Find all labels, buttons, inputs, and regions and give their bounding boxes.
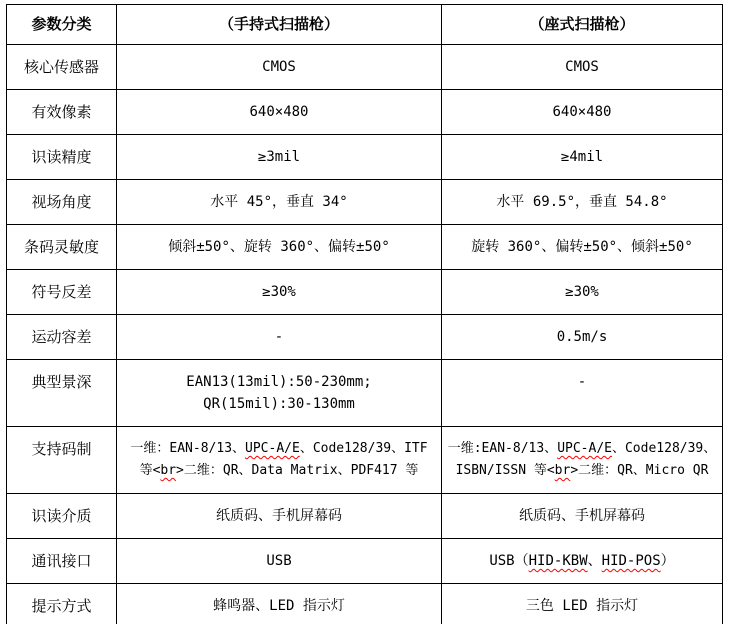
handheld-value-motion: -: [117, 315, 442, 360]
desktop-value-pixels: 640×480: [442, 90, 723, 135]
table-row-motion: 运动容差-0.5m/s: [7, 315, 723, 360]
spellcheck-underline: HID-POS: [602, 553, 661, 569]
handheld-value-sensor: CMOS: [117, 45, 442, 90]
header-cell-param: 参数分类: [7, 5, 117, 45]
cell-text: >二维：QR、Data Matrix、PDF417 等: [176, 463, 418, 478]
cell-line: ISBN/ISSN 等<br>二维：QR、Micro QR: [446, 460, 718, 482]
desktop-value-motion: 0.5m/s: [442, 315, 723, 360]
cell-text: QR(15mil):30-130mm: [203, 396, 355, 412]
param-label-indicator: 提示方式: [7, 584, 117, 624]
desktop-value-contrast: ≥30%: [442, 270, 723, 315]
desktop-value-precision: ≥4mil: [442, 135, 723, 180]
spellcheck-underline: br: [160, 463, 176, 478]
table-row-indicator: 提示方式蜂鸣器、LED 指示灯三色 LED 指示灯: [7, 584, 723, 624]
spellcheck-underline: HID-KBW: [529, 553, 588, 569]
header-cell-handheld: （手持式扫描枪）: [117, 5, 442, 45]
header-row: 参数分类 （手持式扫描枪） （座式扫描枪）: [7, 5, 723, 45]
param-label-fov: 视场角度: [7, 180, 117, 225]
desktop-value-symbologies: 一维:EAN-8/13、UPC-A/E、Code128/39、ISBN/ISSN…: [442, 427, 723, 494]
param-label-interface: 通讯接口: [7, 539, 117, 584]
spellcheck-underline: UPC-A/E: [557, 441, 612, 456]
param-label-media: 识读介质: [7, 494, 117, 539]
cell-text: USB（: [489, 553, 528, 569]
cell-text: 一维:EAN-8/13、: [448, 441, 557, 456]
table-row-media: 识读介质纸质码、手机屏幕码纸质码、手机屏幕码: [7, 494, 723, 539]
cell-text: 、: [588, 553, 602, 569]
table-row-depth: 典型景深EAN13(13mil):50-230mm;QR(15mil):30-1…: [7, 360, 723, 427]
desktop-value-interface: USB（HID-KBW、HID-POS）: [442, 539, 723, 584]
spec-table-body: 核心传感器CMOSCMOS有效像素640×480640×480识读精度≥3mil…: [7, 45, 723, 624]
param-label-sensor: 核心传感器: [7, 45, 117, 90]
handheld-value-sensitivity: 倾斜±50°、旋转 360°、偏转±50°: [117, 225, 442, 270]
cell-text: 、Code128/39、: [612, 441, 716, 456]
table-row-interface: 通讯接口USBUSB（HID-KBW、HID-POS）: [7, 539, 723, 584]
cell-text: ISBN/ISSN 等<: [456, 463, 555, 478]
param-label-sensitivity: 条码灵敏度: [7, 225, 117, 270]
cell-text: 一维：EAN-8/13、: [130, 441, 245, 456]
handheld-value-depth: EAN13(13mil):50-230mm;QR(15mil):30-130mm: [117, 360, 442, 427]
spec-table: 参数分类 （手持式扫描枪） （座式扫描枪） 核心传感器CMOSCMOS有效像素6…: [6, 4, 723, 624]
cell-line: USB（HID-KBW、HID-POS）: [446, 550, 718, 572]
param-label-symbologies: 支持码制: [7, 427, 117, 494]
handheld-value-media: 纸质码、手机屏幕码: [117, 494, 442, 539]
cell-line: 等<br>二维：QR、Data Matrix、PDF417 等: [121, 460, 437, 482]
desktop-value-sensor: CMOS: [442, 45, 723, 90]
cell-text: 、Code128/39、ITF: [300, 441, 428, 456]
handheld-value-pixels: 640×480: [117, 90, 442, 135]
table-row-fov: 视场角度水平 45°，垂直 34°水平 69.5°，垂直 54.8°: [7, 180, 723, 225]
cell-line: 一维：EAN-8/13、UPC-A/E、Code128/39、ITF: [121, 438, 437, 460]
table-row-contrast: 符号反差≥30%≥30%: [7, 270, 723, 315]
param-label-precision: 识读精度: [7, 135, 117, 180]
table-row-precision: 识读精度≥3mil≥4mil: [7, 135, 723, 180]
cell-line: 一维:EAN-8/13、UPC-A/E、Code128/39、: [446, 438, 718, 460]
cell-text: 等<: [140, 463, 161, 478]
handheld-value-precision: ≥3mil: [117, 135, 442, 180]
param-label-contrast: 符号反差: [7, 270, 117, 315]
cell-text: >二维：QR、Micro QR: [570, 463, 708, 478]
handheld-value-contrast: ≥30%: [117, 270, 442, 315]
document-page: 参数分类 （手持式扫描枪） （座式扫描枪） 核心传感器CMOSCMOS有效像素6…: [0, 4, 738, 624]
table-row-sensitivity: 条码灵敏度倾斜±50°、旋转 360°、偏转±50°旋转 360°、偏转±50°…: [7, 225, 723, 270]
cell-line: EAN13(13mil):50-230mm;: [121, 371, 437, 393]
table-row-symbologies: 支持码制一维：EAN-8/13、UPC-A/E、Code128/39、ITF等<…: [7, 427, 723, 494]
cell-line: QR(15mil):30-130mm: [121, 393, 437, 415]
spellcheck-underline: br: [555, 463, 571, 478]
desktop-value-indicator: 三色 LED 指示灯: [442, 584, 723, 624]
desktop-value-depth: -: [442, 360, 723, 427]
desktop-value-fov: 水平 69.5°，垂直 54.8°: [442, 180, 723, 225]
cell-text: ）: [661, 553, 675, 569]
table-row-pixels: 有效像素640×480640×480: [7, 90, 723, 135]
handheld-value-interface: USB: [117, 539, 442, 584]
header-cell-desktop: （座式扫描枪）: [442, 5, 723, 45]
desktop-value-sensitivity: 旋转 360°、偏转±50°、倾斜±50°: [442, 225, 723, 270]
handheld-value-fov: 水平 45°，垂直 34°: [117, 180, 442, 225]
param-label-pixels: 有效像素: [7, 90, 117, 135]
handheld-value-symbologies: 一维：EAN-8/13、UPC-A/E、Code128/39、ITF等<br>二…: [117, 427, 442, 494]
cell-text: EAN13(13mil):50-230mm;: [186, 374, 371, 390]
handheld-value-indicator: 蜂鸣器、LED 指示灯: [117, 584, 442, 624]
param-label-depth: 典型景深: [7, 360, 117, 427]
desktop-value-media: 纸质码、手机屏幕码: [442, 494, 723, 539]
table-row-sensor: 核心传感器CMOSCMOS: [7, 45, 723, 90]
param-label-motion: 运动容差: [7, 315, 117, 360]
spellcheck-underline: UPC-A/E: [245, 441, 300, 456]
